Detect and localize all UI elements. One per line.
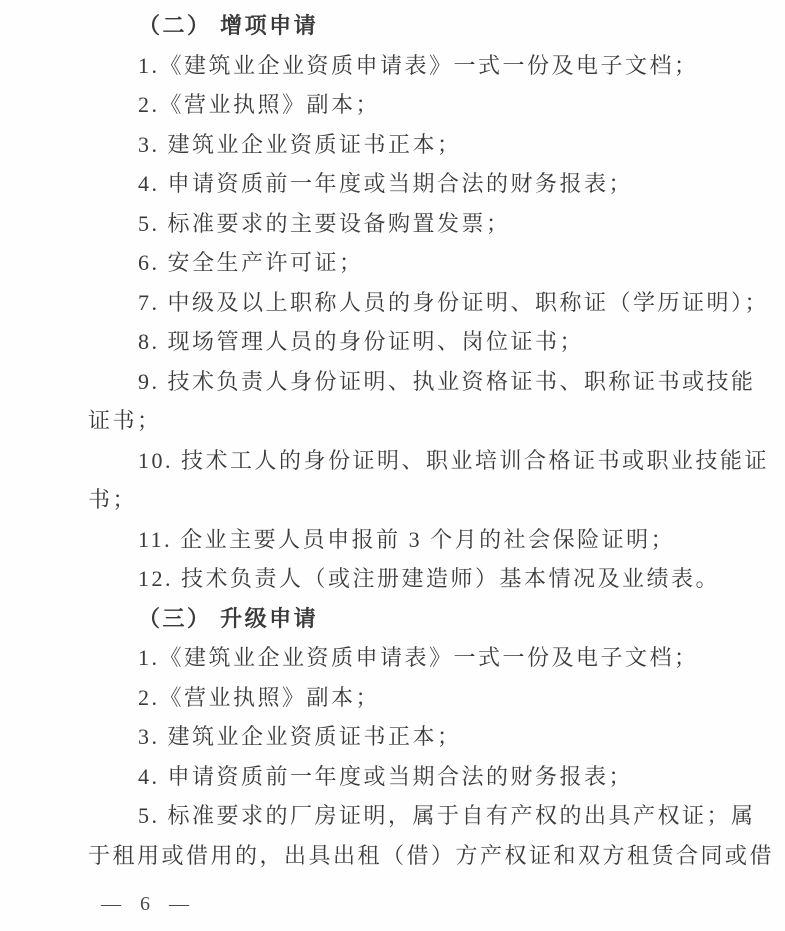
list-item: 4. 申请资质前一年度或当期合法的财务报表； <box>88 757 713 797</box>
list-item: 6. 安全生产许可证； <box>88 243 713 283</box>
list-item: 5. 标准要求的主要设备购置发票； <box>88 204 713 244</box>
list-item: 7. 中级及以上职称人员的身份证明、职称证（学历证明）； <box>88 283 713 323</box>
list-item: 3. 建筑业企业资质证书正本； <box>88 717 713 757</box>
list-item: 8. 现场管理人员的身份证明、岗位证书； <box>88 322 713 362</box>
list-item: 11. 企业主要人员申报前 3 个月的社会保险证明； <box>88 520 713 560</box>
document-body: （二） 增项申请 1.《建筑业企业资质申请表》一式一份及电子文档； 2.《营业执… <box>88 6 713 875</box>
list-item: 2.《营业执照》副本； <box>88 678 713 718</box>
list-item: 5. 标准要求的厂房证明，属于自有产权的出具产权证；属 <box>88 796 713 836</box>
continuation-line: 证书； <box>88 401 713 441</box>
list-item: 1.《建筑业企业资质申请表》一式一份及电子文档； <box>88 638 713 678</box>
page-number: — 6 — <box>101 893 191 916</box>
document-page: （二） 增项申请 1.《建筑业企业资质申请表》一式一份及电子文档； 2.《营业执… <box>0 0 785 931</box>
list-item: 9. 技术负责人身份证明、执业资格证书、职称证书或技能 <box>88 362 713 402</box>
section-heading: （二） 增项申请 <box>88 6 713 46</box>
list-item: 3. 建筑业企业资质证书正本； <box>88 125 713 165</box>
continuation-line: 于租用或借用的，出具出租（借）方产权证和双方租赁合同或借 <box>88 836 713 876</box>
list-item: 1.《建筑业企业资质申请表》一式一份及电子文档； <box>88 46 713 86</box>
section-heading: （三） 升级申请 <box>88 599 713 639</box>
list-item: 4. 申请资质前一年度或当期合法的财务报表； <box>88 164 713 204</box>
continuation-line: 书； <box>88 480 713 520</box>
list-item: 2.《营业执照》副本； <box>88 85 713 125</box>
list-item: 10. 技术工人的身份证明、职业培训合格证书或职业技能证 <box>88 441 713 481</box>
list-item: 12. 技术负责人（或注册建造师）基本情况及业绩表。 <box>88 559 713 599</box>
